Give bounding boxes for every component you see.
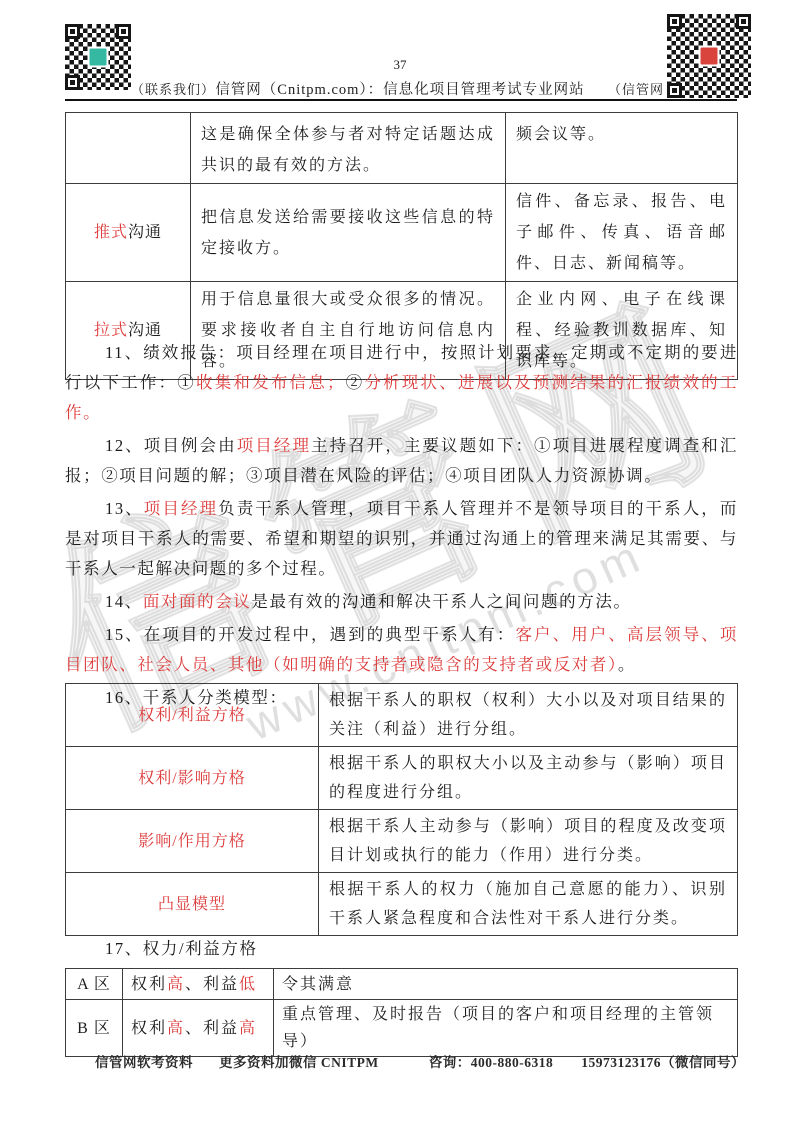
app-qr-code [667, 14, 751, 98]
paragraph-11: 11、绩效报告：项目经理在项目进行中，按照计划要求，定期或不定期的要进行以下工作… [65, 338, 738, 428]
model-name-cell: 权利/影响方格 [66, 747, 319, 810]
paragraph-12: 12、项目例会由项目经理主持召开，主要议题如下：①项目进展程度调查和汇报；②项目… [65, 431, 738, 491]
comm-type-rest: 沟通 [128, 224, 162, 241]
document-page: 信管网 www.cnitpm.com （联系我们） 37 信管网（Cnitpm.… [0, 0, 800, 1131]
comm-type-cell: 推式沟通 [66, 184, 191, 282]
qr-finder-icon [116, 24, 131, 39]
footer-brand-text: 信管网软考资料 [95, 1055, 193, 1070]
paragraph-17: 17、权力/利益方格 [65, 934, 738, 964]
table-row: 权利/利益方格 根据干系人的职权（权利）大小以及对项目结果的关注（利益）进行分组… [66, 684, 738, 747]
footer-contact-text: 咨询：400-880-6318 15973123176（微信同号） [429, 1051, 745, 1071]
classification-model-table: 权利/利益方格 根据干系人的职权（权利）大小以及对项目结果的关注（利益）进行分组… [65, 683, 738, 936]
qr-finder-icon [667, 14, 682, 29]
table-row: A 区 权利高、利益低 令其满意 [66, 969, 738, 1000]
comm-type-cell [66, 113, 191, 184]
model-desc-cell: 根据干系人主动参与（影响）项目的程度及改变项目计划或执行的能力（作用）进行分类。 [319, 810, 738, 873]
model-desc-cell: 根据干系人的职权大小以及主动参与（影响）项目的程度进行分组。 [319, 747, 738, 810]
zone-action-cell: 重点管理、及时报告（项目的客户和项目经理的主管领导） [274, 1000, 738, 1057]
footer-wechat-text: 更多资料加微信 CNITPM [219, 1055, 379, 1070]
zone-cell: A 区 [66, 969, 123, 1000]
qr-finder-icon [667, 83, 682, 98]
footer-left: 信管网软考资料更多资料加微信 CNITPM [95, 1051, 405, 1071]
model-desc-cell: 根据干系人的职权（权利）大小以及对项目结果的关注（利益）进行分组。 [319, 684, 738, 747]
notes-section: 11、绩效报告：项目经理在项目进行中，按照计划要求，定期或不定期的要进行以下工作… [65, 338, 738, 716]
table-row: 凸显模型 根据干系人的权力（施加自己意愿的能力）、识别干系人紧急程度和合法性对干… [66, 873, 738, 936]
comm-desc-cell: 这是确保全体参与者对特定话题达成共识的最有效的方法。 [191, 113, 506, 184]
model-name-cell: 影响/作用方格 [66, 810, 319, 873]
comm-type-rest: 沟通 [128, 322, 162, 339]
zone-cell: B 区 [66, 1000, 123, 1057]
app-logo-icon [699, 46, 720, 67]
comm-type-highlight: 推式 [94, 224, 128, 241]
table-row: 权利/影响方格 根据干系人的职权大小以及主动参与（影响）项目的程度进行分组。 [66, 747, 738, 810]
page-footer: 信管网软考资料更多资料加微信 CNITPM 咨询：400-880-6318 15… [95, 1051, 745, 1071]
table-row: 推式沟通 把信息发送给需要接收这些信息的特定接收方。 信件、备忘录、报告、电子邮… [66, 184, 738, 282]
model-name-cell: 权利/利益方格 [66, 684, 319, 747]
paragraph-13: 13、项目经理负责干系人管理，项目干系人管理并不是领导项目的干系人，而是对项目干… [65, 494, 738, 584]
comm-type-highlight: 拉式 [94, 322, 128, 339]
table-row: B 区 权利高、利益高 重点管理、及时报告（项目的客户和项目经理的主管领导） [66, 1000, 738, 1057]
zone-attrs-cell: 权利高、利益高 [123, 1000, 274, 1057]
comm-desc-cell: 把信息发送给需要接收这些信息的特定接收方。 [191, 184, 506, 282]
comm-examples-cell: 信件、备忘录、报告、电子邮件、传真、语音邮件、日志、新闻稿等。 [506, 184, 738, 282]
zone-attrs-cell: 权利高、利益低 [123, 969, 274, 1000]
table-row: 影响/作用方格 根据干系人主动参与（影响）项目的程度及改变项目计划或执行的能力（… [66, 810, 738, 873]
table-row: 这是确保全体参与者对特定话题达成共识的最有效的方法。 频会议等。 [66, 113, 738, 184]
zone-action-cell: 令其满意 [274, 969, 738, 1000]
qr-finder-icon [736, 14, 751, 29]
model-name-cell: 凸显模型 [66, 873, 319, 936]
power-interest-table: A 区 权利高、利益低 令其满意 B 区 权利高、利益高 重点管理、及时报告（项… [65, 968, 738, 1057]
header-divider [65, 99, 737, 101]
qr-finder-icon [65, 24, 80, 39]
comm-examples-cell: 频会议等。 [506, 113, 738, 184]
model-desc-cell: 根据干系人的权力（施加自己意愿的能力）、识别干系人紧急程度和合法性对干系人进行分… [319, 873, 738, 936]
paragraph-14: 14、面对面的会议是最有效的沟通和解决干系人之间问题的方法。 [65, 587, 738, 617]
paragraph-15: 15、在项目的开发过程中，遇到的典型干系人有：客户、用户、高层领导、项目团队、社… [65, 620, 738, 680]
